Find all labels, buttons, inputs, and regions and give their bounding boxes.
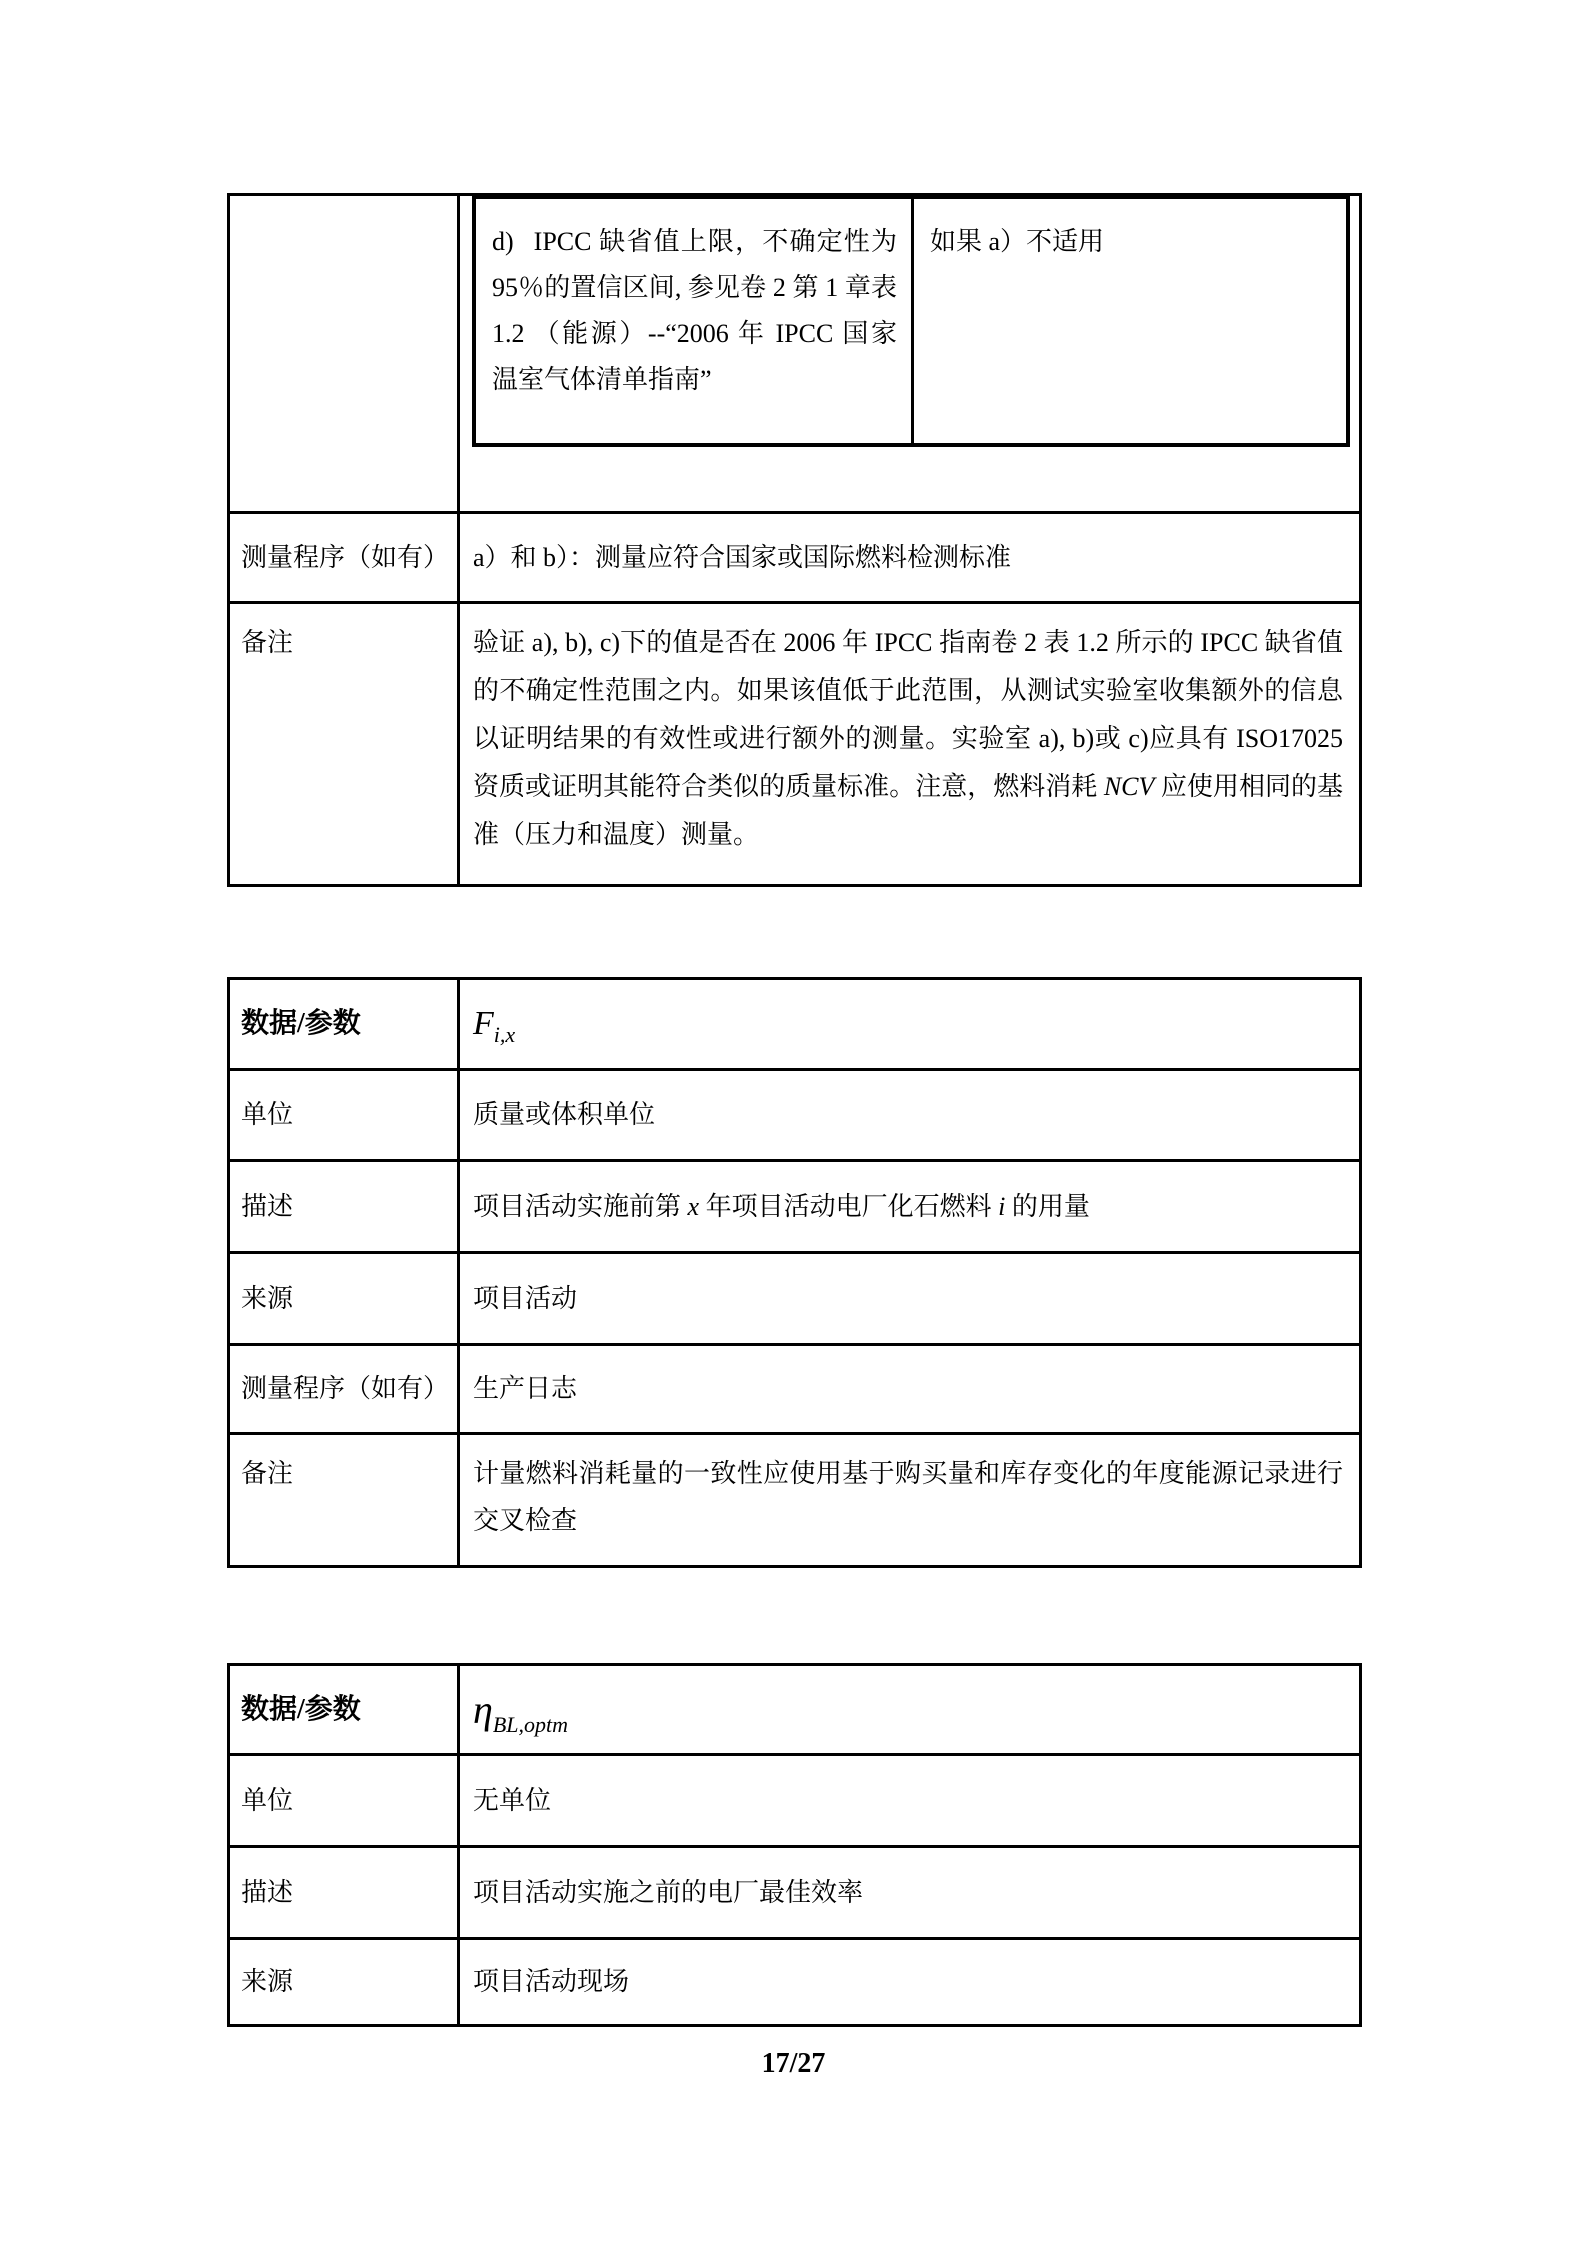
- document-page: d)IPCC 缺省值上限，不确定性为 95％的置信区间, 参见卷 2 第 1 章…: [0, 0, 1587, 2245]
- row-value: 生产日志: [460, 1346, 1359, 1432]
- option-d-text: IPCC 缺省值上限，不确定性为 95％的置信区间, 参见卷 2 第 1 章表 …: [492, 227, 897, 394]
- option-d-cell: d)IPCC 缺省值上限，不确定性为 95％的置信区间, 参见卷 2 第 1 章…: [476, 199, 914, 443]
- param-symbol: ηBL,optm: [460, 1666, 1359, 1753]
- row-label: 来源: [230, 1940, 460, 2024]
- var-x: x: [688, 1192, 700, 1221]
- table-row: 测量程序（如有） a）和 b）：测量应符合国家或国际燃料检测标准: [230, 511, 1359, 601]
- remark-text-italic-ncv: NCV: [1104, 772, 1155, 801]
- row-value: 验证 a), b), c)下的值是否在 2006 年 IPCC 指南卷 2 表 …: [460, 604, 1359, 884]
- row-label: 描述: [230, 1162, 460, 1251]
- remark-paragraph: 验证 a), b), c)下的值是否在 2006 年 IPCC 指南卷 2 表 …: [473, 619, 1343, 859]
- row-label: 描述: [230, 1848, 460, 1937]
- table-row: d)IPCC 缺省值上限，不确定性为 95％的置信区间, 参见卷 2 第 1 章…: [230, 196, 1359, 511]
- remark-paragraph: 计量燃料消耗量的一致性应使用基于购买量和库存变化的年度能源记录进行交叉检查: [473, 1450, 1343, 1544]
- parameter-table-eta: 数据/参数 ηBL,optm 单位 无单位 描述 项目活动实施之前的电厂最佳效率…: [227, 1663, 1362, 2027]
- row-value: 项目活动现场: [460, 1940, 1359, 2024]
- page-number: 17/27: [0, 2048, 1587, 2080]
- option-condition-cell: 如果 a）不适用: [914, 199, 1346, 443]
- param-label: 数据/参数: [230, 980, 460, 1068]
- param-label: 数据/参数: [230, 1666, 460, 1753]
- row-label: 备注: [230, 1435, 460, 1565]
- row-value: 项目活动: [460, 1254, 1359, 1343]
- table-row: 描述 项目活动实施之前的电厂最佳效率: [230, 1845, 1359, 1937]
- row-value: a）和 b）：测量应符合国家或国际燃料检测标准: [460, 514, 1359, 601]
- nested-options-table: d)IPCC 缺省值上限，不确定性为 95％的置信区间, 参见卷 2 第 1 章…: [472, 195, 1350, 447]
- param-symbol: Fi,x: [460, 980, 1359, 1068]
- row-value: 项目活动实施之前的电厂最佳效率: [460, 1848, 1359, 1937]
- row-value: 质量或体积单位: [460, 1071, 1359, 1159]
- row-value: 计量燃料消耗量的一致性应使用基于购买量和库存变化的年度能源记录进行交叉检查: [460, 1435, 1359, 1565]
- formula-f-ix: Fi,x: [473, 1007, 515, 1041]
- row-label: 单位: [230, 1071, 460, 1159]
- row-label: 单位: [230, 1756, 460, 1845]
- table-row: 单位 质量或体积单位: [230, 1068, 1359, 1159]
- table-row: 单位 无单位: [230, 1753, 1359, 1845]
- table-row: 数据/参数 Fi,x: [230, 980, 1359, 1068]
- row-value: 项目活动实施前第 x 年项目活动电厂化石燃料 i 的用量: [460, 1162, 1359, 1251]
- row-label: 来源: [230, 1254, 460, 1343]
- row-label: 测量程序（如有）: [230, 1346, 460, 1432]
- table-row: 备注 验证 a), b), c)下的值是否在 2006 年 IPCC 指南卷 2…: [230, 601, 1359, 884]
- parameter-table-continuation: d)IPCC 缺省值上限，不确定性为 95％的置信区间, 参见卷 2 第 1 章…: [227, 193, 1362, 887]
- table-row: 来源 项目活动: [230, 1251, 1359, 1343]
- table-row: 数据/参数 ηBL,optm: [230, 1666, 1359, 1753]
- table-row: 来源 项目活动现场: [230, 1937, 1359, 2024]
- table-row: 备注 计量燃料消耗量的一致性应使用基于购买量和库存变化的年度能源记录进行交叉检查: [230, 1432, 1359, 1565]
- table-row: 描述 项目活动实施前第 x 年项目活动电厂化石燃料 i 的用量: [230, 1159, 1359, 1251]
- option-d-marker: d): [492, 227, 514, 256]
- row-label: 备注: [230, 604, 460, 884]
- description-text: 项目活动实施前第 x 年项目活动电厂化石燃料 i 的用量: [473, 1190, 1090, 1224]
- condition-text: 如果 a）不适用: [930, 227, 1104, 256]
- table-row: 测量程序（如有） 生产日志: [230, 1343, 1359, 1432]
- row-value: 无单位: [460, 1756, 1359, 1845]
- row-content: d)IPCC 缺省值上限，不确定性为 95％的置信区间, 参见卷 2 第 1 章…: [460, 196, 1359, 511]
- row-label: 测量程序（如有）: [230, 514, 460, 601]
- row-label-empty: [230, 196, 460, 511]
- parameter-table-fix: 数据/参数 Fi,x 单位 质量或体积单位 描述 项目活动实施前第 x 年项目活…: [227, 977, 1362, 1568]
- formula-eta-bl-optm: ηBL,optm: [473, 1693, 568, 1727]
